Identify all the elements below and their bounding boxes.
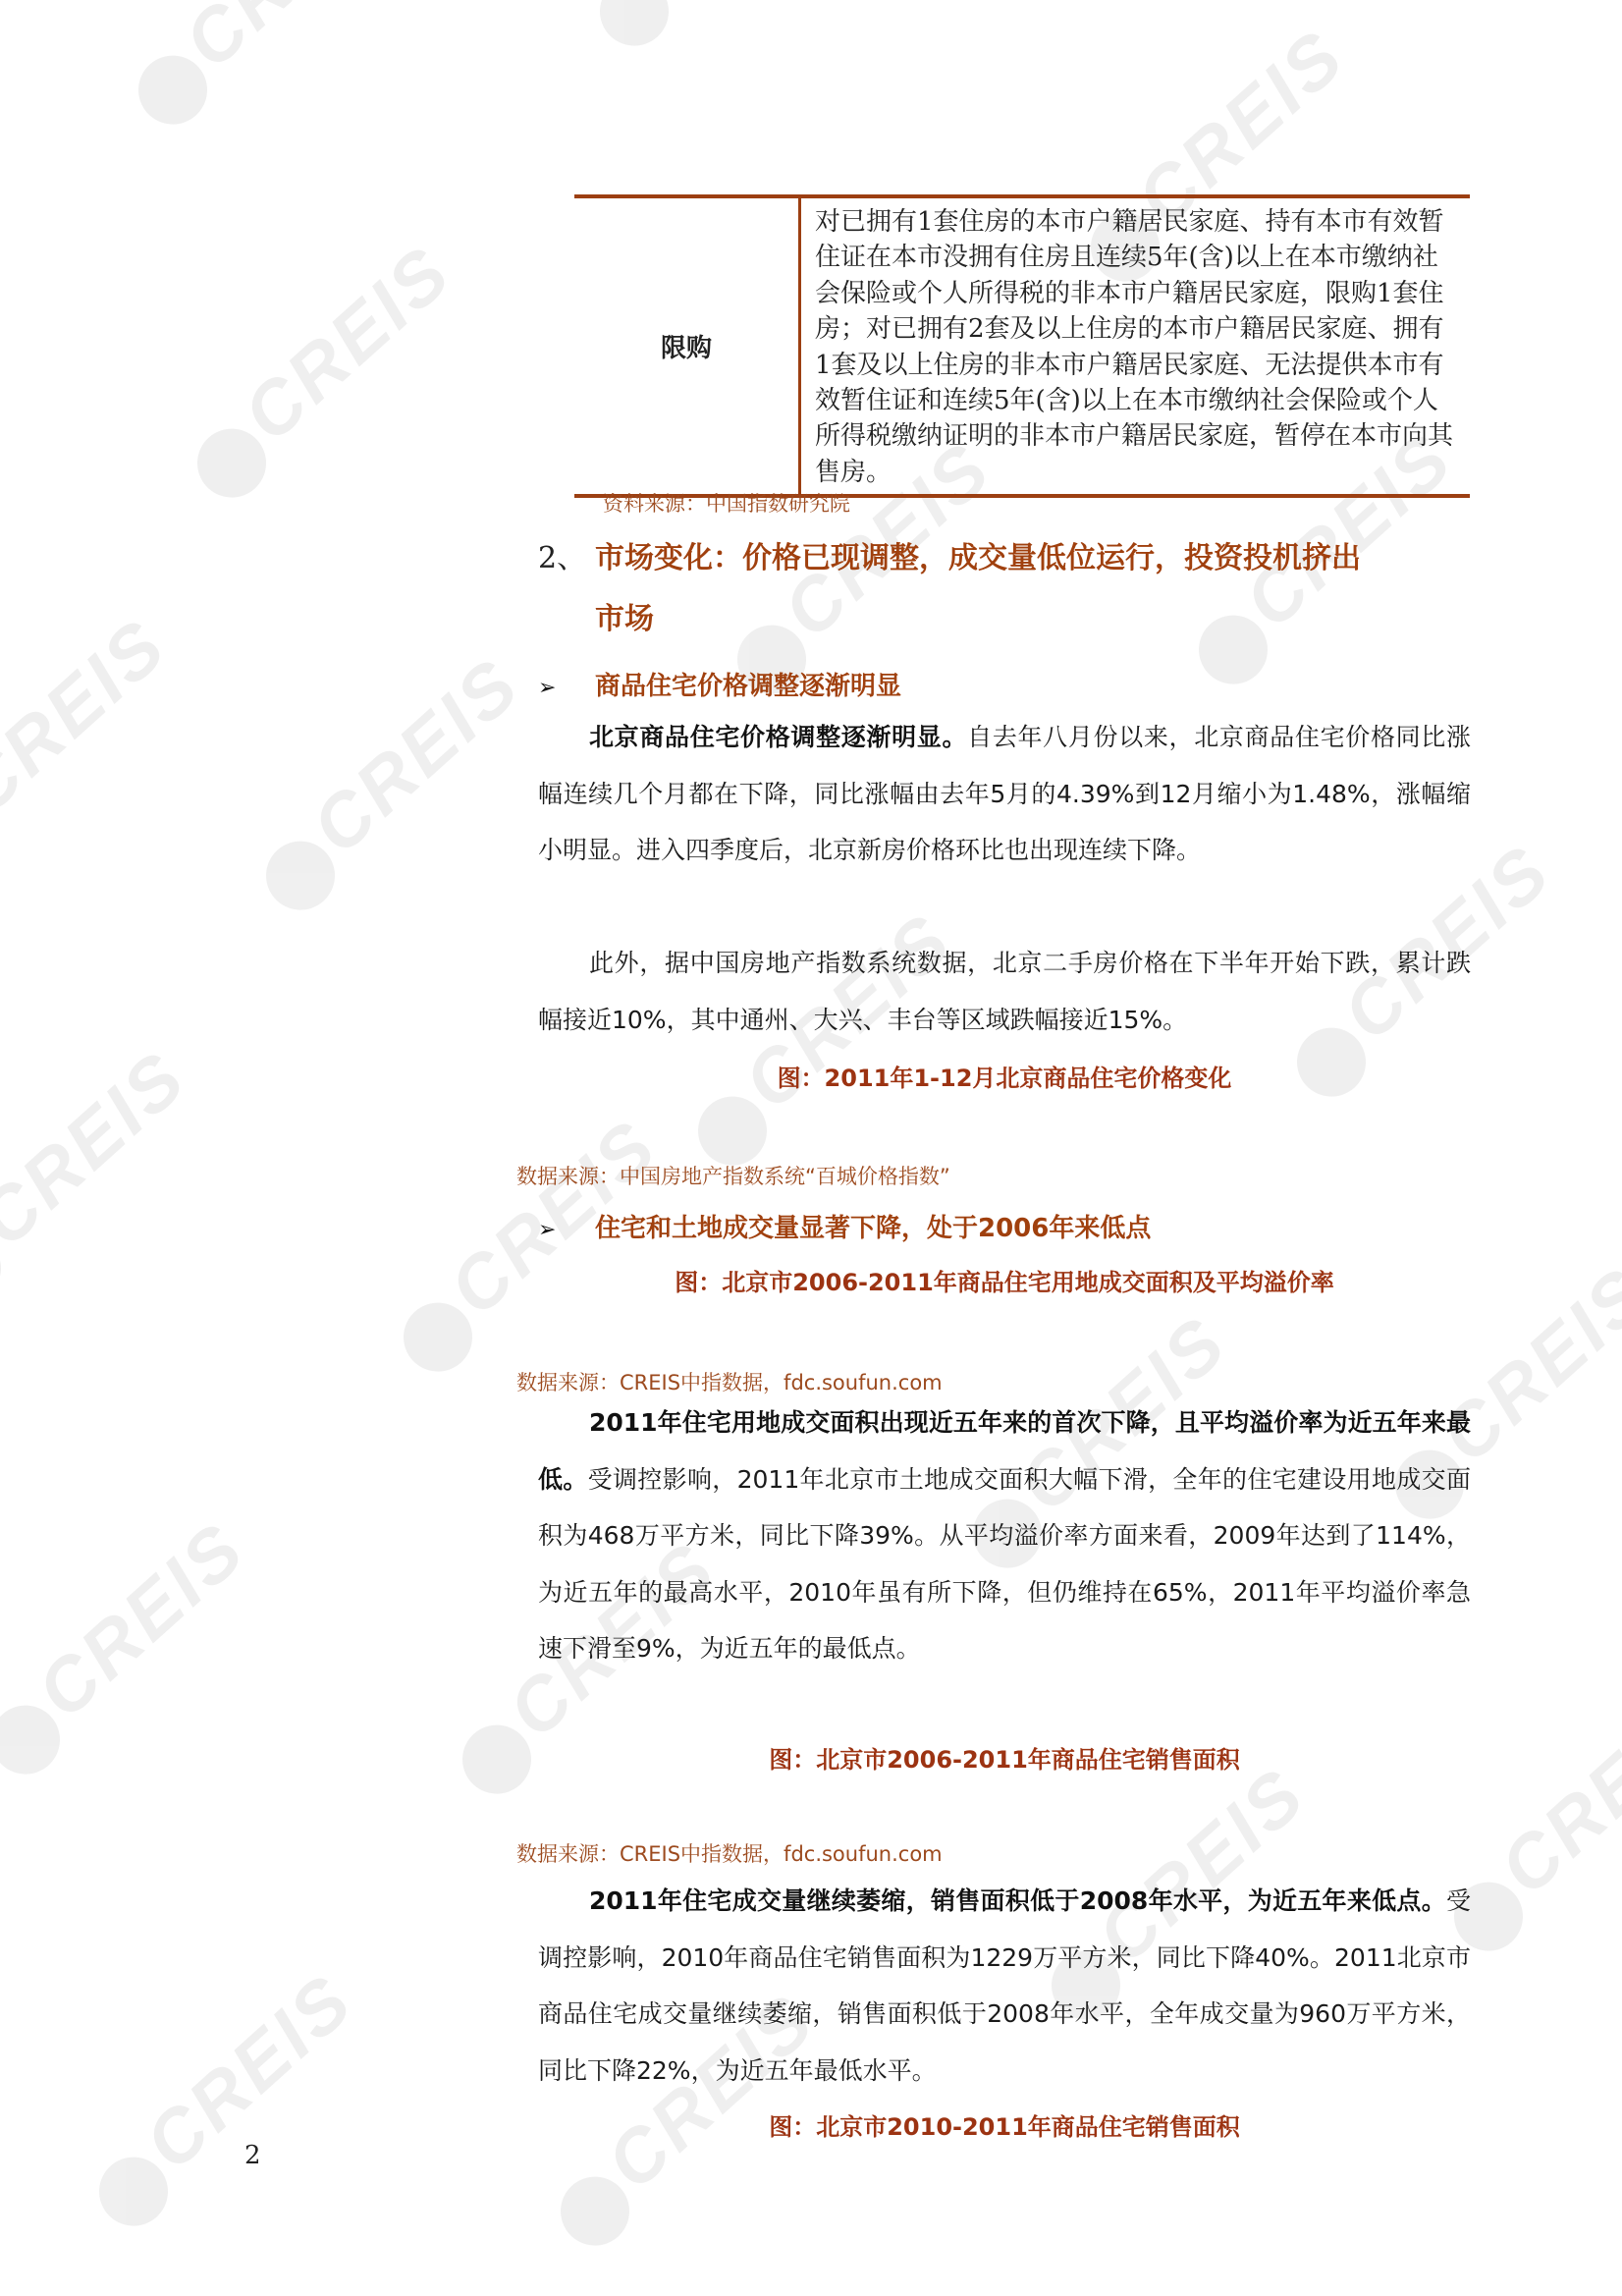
section-title-line2: 市场 <box>538 589 1471 650</box>
subheading-title: 住宅和土地成交量显著下降，处于2006年来低点 <box>595 1214 1151 1243</box>
section-title-line1: 市场变化：价格已现调整，成交量低位运行，投资投机挤出 <box>595 541 1361 575</box>
policy-text-cell: 对已拥有1套住房的本市户籍居民家庭、持有本市有效暂住证在本市没拥有住房且连续5年… <box>800 196 1471 496</box>
subheading-title: 商品住宅价格调整逐渐明显 <box>595 672 901 701</box>
paragraph-secondhand-price: 此外，据中国房地产指数系统数据，北京二手房价格在下半年开始下跌，累计跌幅接近10… <box>538 935 1471 1048</box>
table-source-note: 资料来源：中国指数研究院 <box>603 488 850 518</box>
paragraph-price-adjustment: 北京商品住宅价格调整逐渐明显。自去年八月份以来，北京商品住宅价格同比涨幅连续几个… <box>538 709 1471 879</box>
figure-source-note: 数据来源：中国房地产指数系统“百城价格指数” <box>516 1161 950 1190</box>
paragraph-land-transactions: 2011年住宅用地成交面积出现近五年来的首次下降，且平均溢价率为近五年来最低。受… <box>538 1394 1471 1677</box>
policy-table: 限购 对已拥有1套住房的本市户籍居民家庭、持有本市有效暂住证在本市没拥有住房且连… <box>574 194 1470 498</box>
paragraph-lead: 北京商品住宅价格调整逐渐明显。 <box>589 723 967 751</box>
subheading-volume: ➢住宅和土地成交量显著下降，处于2006年来低点 <box>538 1208 1151 1244</box>
table-row: 限购 对已拥有1套住房的本市户籍居民家庭、持有本市有效暂住证在本市没拥有住房且连… <box>574 196 1470 496</box>
arrow-bullet-icon: ➢ <box>538 1218 595 1242</box>
figure-caption: 图：北京市2010-2011年商品住宅销售面积 <box>538 2107 1471 2142</box>
paragraph-lead: 2011年住宅成交量继续萎缩，销售面积低于2008年水平，为近五年来低点。 <box>589 1886 1446 1915</box>
paragraph-body: 此外，据中国房地产指数系统数据，北京二手房价格在下半年开始下跌，累计跌幅接近10… <box>538 949 1471 1034</box>
document-page: 限购 对已拥有1套住房的本市户籍居民家庭、持有本市有效暂住证在本市没拥有住房且连… <box>0 0 1622 2296</box>
figure-caption: 图：北京市2006-2011年商品住宅销售面积 <box>538 1740 1471 1775</box>
subheading-price: ➢商品住宅价格调整逐渐明显 <box>538 666 901 702</box>
figure-source-note: 数据来源：CREIS中指数据，fdc.soufun.com <box>516 1838 943 1868</box>
page-number: 2 <box>244 2141 261 2170</box>
figure-source-note: 数据来源：CREIS中指数据，fdc.soufun.com <box>516 1367 943 1396</box>
section-number: 2、 <box>538 528 595 589</box>
paragraph-body: 受调控影响，2011年北京市土地成交面积大幅下滑，全年的住宅建设用地成交面积为4… <box>538 1465 1471 1664</box>
paragraph-sales-area: 2011年住宅成交量继续萎缩，销售面积低于2008年水平，为近五年来低点。受调控… <box>538 1873 1471 2099</box>
figure-caption: 图：2011年1-12月北京商品住宅价格变化 <box>538 1059 1471 1093</box>
section-heading: 2、市场变化：价格已现调整，成交量低位运行，投资投机挤出 市场 <box>538 528 1471 650</box>
paragraph-body: 受调控影响，2010年商品住宅销售面积为1229万平方米，同比下降40%。201… <box>538 1886 1471 2085</box>
policy-label-cell: 限购 <box>574 196 800 496</box>
figure-caption: 图：北京市2006-2011年商品住宅用地成交面积及平均溢价率 <box>538 1263 1471 1297</box>
arrow-bullet-icon: ➢ <box>538 676 595 700</box>
